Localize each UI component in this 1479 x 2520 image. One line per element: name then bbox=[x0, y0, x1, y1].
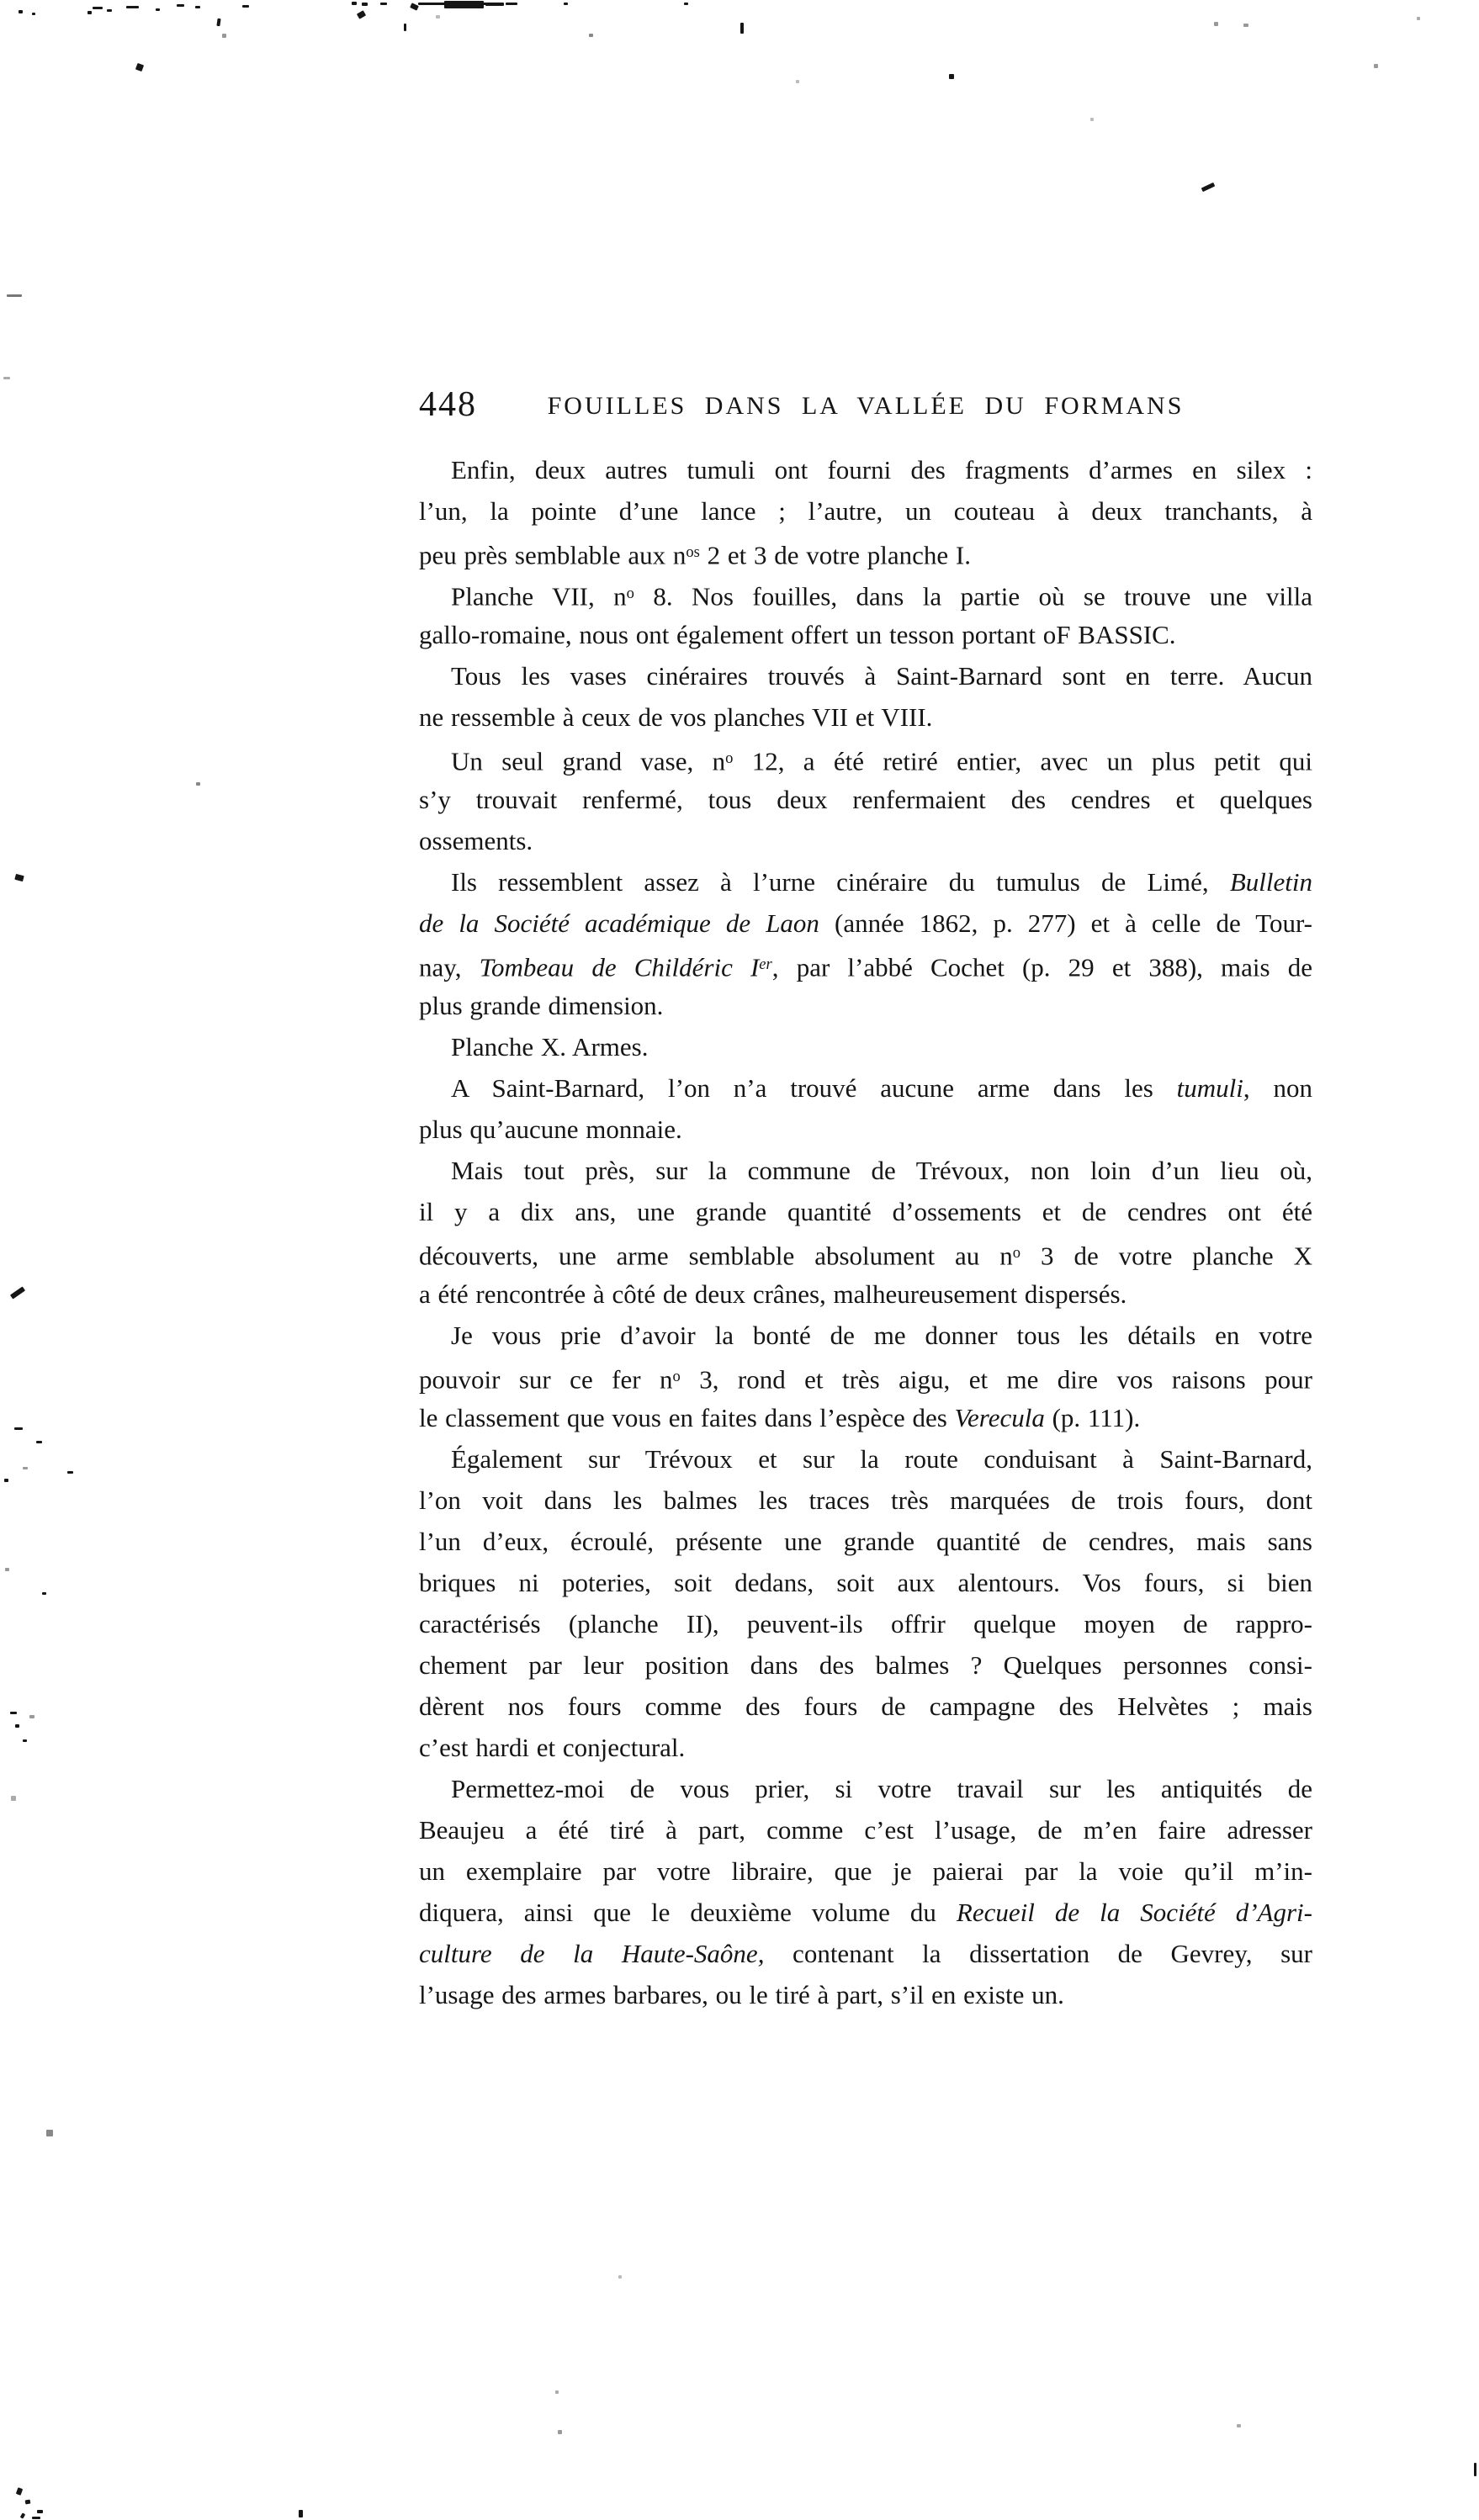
text-line: Planche X. Armes. bbox=[419, 1026, 1312, 1067]
scan-speck bbox=[20, 2512, 25, 2518]
text-line: Planche VII, no 8. Nos fouilles, dans la… bbox=[419, 573, 1312, 614]
scan-speck bbox=[11, 1796, 16, 1801]
scan-speck bbox=[177, 4, 184, 7]
scan-speck bbox=[618, 2275, 622, 2279]
scan-speck bbox=[564, 3, 568, 5]
text-line: Permettez-moi de vous prier, si votre tr… bbox=[419, 1768, 1312, 1809]
scan-speck bbox=[555, 2390, 559, 2394]
scan-speck bbox=[126, 6, 139, 8]
page-number: 448 bbox=[419, 387, 477, 422]
scan-speck bbox=[949, 74, 954, 79]
scan-speck bbox=[242, 5, 249, 8]
text-line: l’on voit dans les balmes les traces trè… bbox=[419, 1480, 1312, 1521]
scan-speck bbox=[135, 63, 144, 71]
text-line: plus qu’aucune monnaie. bbox=[419, 1109, 1312, 1150]
scan-speck bbox=[558, 2430, 562, 2434]
scan-speck bbox=[796, 80, 799, 83]
text-line: A Saint-Barnard, l’on n’a trouvé aucune … bbox=[419, 1067, 1312, 1109]
scan-speck bbox=[5, 1568, 9, 1571]
text-line: l’usage des armes barbares, ou le tiré à… bbox=[419, 1974, 1312, 2015]
scan-speck bbox=[25, 2500, 31, 2505]
text-line: le classement que vous en faites dans l’… bbox=[419, 1397, 1312, 1438]
scan-speck bbox=[46, 2130, 53, 2136]
scan-speck bbox=[23, 1739, 27, 1742]
text-line: briques ni poteries, soit dedans, soit a… bbox=[419, 1562, 1312, 1603]
scan-speck bbox=[7, 294, 22, 297]
scan-speck bbox=[107, 9, 112, 12]
text-line: de la Société académique de Laon (année … bbox=[419, 903, 1312, 944]
scan-speck bbox=[10, 1286, 25, 1299]
scan-speck bbox=[37, 2510, 43, 2513]
scan-speck bbox=[216, 19, 220, 26]
scan-speck bbox=[299, 2510, 303, 2517]
scan-speck bbox=[404, 24, 406, 31]
scan-speck bbox=[436, 15, 440, 19]
text-line: Ils ressemblent assez à l’urne cinéraire… bbox=[419, 861, 1312, 903]
scan-speck bbox=[36, 1441, 42, 1443]
scan-speck bbox=[1237, 2424, 1241, 2427]
scan-speck bbox=[10, 1712, 17, 1714]
text-line: gallo-romaine, nous ont également offert… bbox=[419, 614, 1312, 655]
text-line: ne ressemble à ceux de vos planches VII … bbox=[419, 696, 1312, 738]
text-line: un exemplaire par votre libraire, que je… bbox=[419, 1850, 1312, 1892]
scan-speck bbox=[1090, 118, 1094, 121]
text-line: ossements. bbox=[419, 820, 1312, 861]
text-line: caractérisés (planche II), peuvent-ils o… bbox=[419, 1603, 1312, 1644]
scan-speck bbox=[156, 8, 160, 11]
scan-speck bbox=[32, 13, 35, 15]
scanned-book-page: 448 FOUILLES DANS LA VALLÉE DU FORMANS E… bbox=[0, 0, 1479, 2520]
text-line: Je vous prie d’avoir la bonté de me donn… bbox=[419, 1315, 1312, 1356]
scan-speck bbox=[506, 3, 517, 5]
scan-speck bbox=[222, 34, 226, 38]
text-line: nay, Tombeau de Childéric Ier, par l’abb… bbox=[419, 944, 1312, 985]
scan-speck bbox=[32, 2517, 40, 2519]
text-line: a été rencontrée à côté de deux crânes, … bbox=[419, 1273, 1312, 1315]
scan-speck bbox=[93, 7, 103, 9]
scan-speck bbox=[1474, 2463, 1476, 2476]
scan-speck bbox=[1374, 64, 1378, 68]
text-line: peu près semblable aux nos 2 et 3 de vot… bbox=[419, 532, 1312, 573]
text-line: s’y trouvait renfermé, tous deux renferm… bbox=[419, 779, 1312, 820]
text-line: Un seul grand vase, no 12, a été retiré … bbox=[419, 738, 1312, 779]
text-line: dèrent nos fours comme des fours de camp… bbox=[419, 1686, 1312, 1727]
letter-body-text: Enfin, deux autres tumuli ont fourni des… bbox=[419, 449, 1312, 2015]
scan-speck bbox=[352, 2, 357, 5]
text-line: diquera, ainsi que le deuxième volume du… bbox=[419, 1892, 1312, 1933]
scan-speck bbox=[684, 3, 688, 5]
scan-speck bbox=[16, 2487, 23, 2496]
scan-speck bbox=[380, 3, 387, 5]
scan-speck bbox=[14, 1427, 23, 1430]
scan-speck bbox=[1201, 183, 1216, 192]
text-line: pouvoir sur ce fer no 3, rond et très ai… bbox=[419, 1356, 1312, 1397]
text-line: l’un, la pointe d’une lance ; l’autre, u… bbox=[419, 490, 1312, 532]
text-line: Enfin, deux autres tumuli ont fourni des… bbox=[419, 449, 1312, 490]
running-title: FOUILLES DANS LA VALLÉE DU FORMANS bbox=[419, 385, 1312, 427]
scan-speck bbox=[3, 377, 10, 379]
scan-speck bbox=[357, 10, 366, 19]
scan-speck bbox=[87, 11, 92, 14]
text-line: Également sur Trévoux et sur la route co… bbox=[419, 1438, 1312, 1480]
text-line: Tous les vases cinéraires trouvés à Sain… bbox=[419, 655, 1312, 696]
text-line: découverts, une arme semblable absolumen… bbox=[419, 1232, 1312, 1273]
scan-speck bbox=[362, 3, 368, 6]
text-line: Beaujeu a été tiré à part, comme c’est l… bbox=[419, 1809, 1312, 1850]
scan-speck bbox=[19, 10, 23, 13]
scan-speck bbox=[15, 1724, 19, 1728]
text-line: c’est hardi et conjectural. bbox=[419, 1727, 1312, 1768]
page-header: 448 FOUILLES DANS LA VALLÉE DU FORMANS bbox=[419, 385, 1312, 427]
scan-speck bbox=[1214, 22, 1218, 26]
scan-speck bbox=[196, 782, 200, 786]
scan-speck bbox=[195, 6, 200, 8]
text-line: Mais tout près, sur la commune de Trévou… bbox=[419, 1150, 1312, 1191]
scan-speck bbox=[29, 1715, 34, 1718]
scan-speck bbox=[485, 3, 504, 6]
text-line: il y a dix ans, une grande quantité d’os… bbox=[419, 1191, 1312, 1232]
scan-speck bbox=[67, 1471, 73, 1474]
scan-speck bbox=[1417, 17, 1420, 20]
text-line: plus grande dimension. bbox=[419, 985, 1312, 1026]
text-line: culture de la Haute-Saône, contenant la … bbox=[419, 1933, 1312, 1974]
scan-speck bbox=[23, 1467, 28, 1469]
scan-speck bbox=[1243, 24, 1248, 27]
text-line: chement par leur position dans des balme… bbox=[419, 1644, 1312, 1686]
text-line: l’un d’eux, écroulé, présente une grande… bbox=[419, 1521, 1312, 1562]
scan-speck bbox=[42, 1592, 46, 1595]
scan-speck bbox=[589, 34, 593, 37]
scan-speck bbox=[4, 1479, 8, 1482]
scan-speck bbox=[740, 23, 744, 34]
scan-speck bbox=[444, 1, 484, 8]
scan-speck bbox=[14, 874, 24, 881]
